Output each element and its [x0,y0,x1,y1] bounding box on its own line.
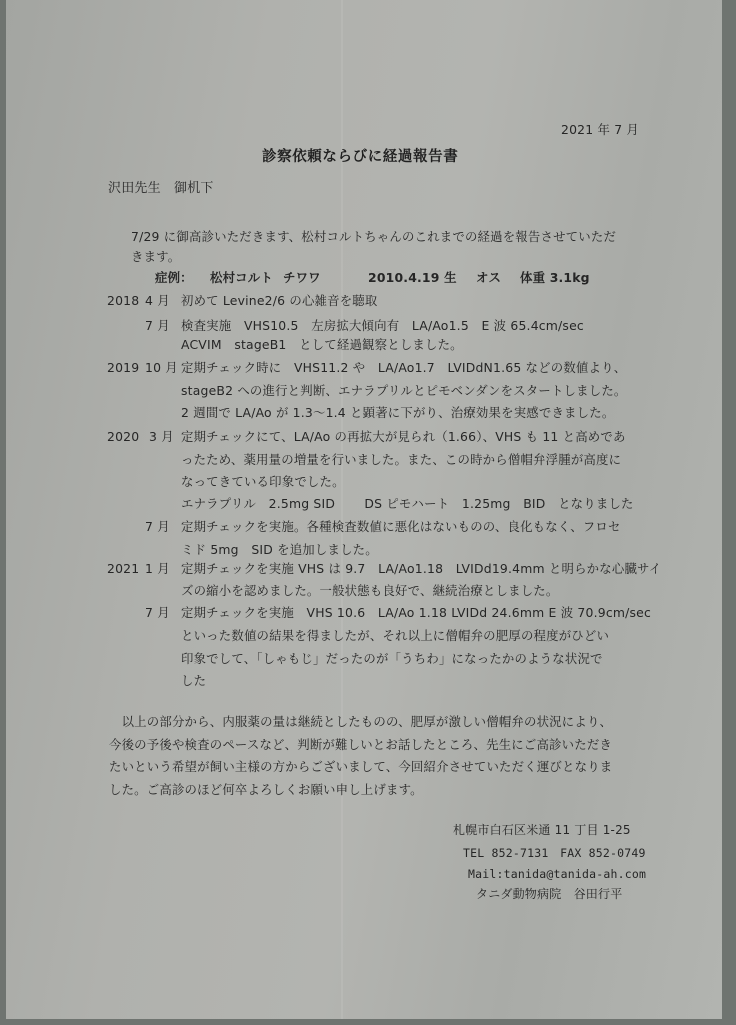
timeline-text: 印象でして、「しゃもじ」だったのが「うちわ」になったかのような状況で [181,651,603,667]
document-title: 診察依頼ならびに経過報告書 [262,149,458,165]
timeline-month: 10 月 [145,360,178,376]
closing-line: した。ご高診のほど何卒よろしくお願い申し上げます。 [109,782,423,798]
closing-line: 以上の部分から、内服薬の量は継続としたものの、肥厚が激しい僧帽弁の状況により、 [109,714,612,730]
timeline-text: ACVIM stageB1 として経過観察としました。 [181,337,463,353]
timeline-text: 定期チェックを実施 VHS は 9.7 LA/Ao1.18 LVIDd19.4m… [181,561,661,577]
timeline-month: 7 月 [145,318,170,334]
closing-line: 今後の予後や検査のペースなど、判断が難しいとお話したところ、先生にご高診いただき [109,737,612,753]
document-date: 2021 年 7 月 [561,122,639,138]
timeline-year: 2019 [107,360,139,376]
case-birth: 2010.4.19 生 [368,270,457,286]
timeline-text: 定期チェックを実施 VHS 10.6 LA/Ao 1.18 LVIDd 24.6… [181,605,651,621]
timeline-month: 7 月 [145,519,170,535]
case-label: 症例： [155,270,193,286]
timeline-month: 7 月 [145,605,170,621]
timeline-year: 2020 [107,429,139,445]
timeline-month: 3 月 [149,429,174,445]
timeline-text: 初めて Levine2/6 の心雑音を聴取 [181,293,377,309]
timeline-text: なってきている印象でした。 [181,474,345,490]
clinic-phone: TEL 852-7131 FAX 852-0749 [463,845,646,861]
timeline-month: 1 月 [145,561,170,577]
addressee: 沢田先生 御机下 [108,181,214,197]
timeline-text: した [181,673,206,689]
closing-line: たいという希望が飼い主様の方からございまして、今回紹介させていただく運びとなりま [109,759,612,775]
timeline-text: エナラプリル 2.5mg SID DS ピモハート 1.25mg BID となり… [181,496,634,512]
timeline-text: stageB2 への進行と判断、エナラプリルとピモベンダンをスタートしました。 [181,383,627,399]
timeline-year: 2021 [107,561,139,577]
timeline-text: 定期チェックを実施。各種検査数値に悪化はないものの、良化もなく、フロセ [181,519,621,535]
timeline-text: ミド 5mg SID を追加しました。 [181,542,378,558]
case-sex: オス [476,270,501,286]
timeline-text: 定期チェックにて、LA/Ao の再拡大が見られ（1.66）、VHS も 11 と… [181,429,626,445]
clinic-name: タニダ動物病院 谷田行平 [476,886,622,902]
timeline-text: といった数値の結果を得ましたが、それ以上に僧帽弁の肥厚の程度がひどい [181,628,609,644]
case-weight: 体重 3.1kg [520,270,590,286]
timeline-text: ったため、薬用量の増量を行いました。また、この時から僧帽弁浮腫が高度に [181,452,621,468]
timeline-month: 4 月 [145,293,170,309]
timeline-text: 2 週間で LA/Ao が 1.3～1.4 と顕著に下がり、治療効果を実感できま… [181,405,614,421]
timeline-text: 定期チェック時に VHS11.2 や LA/Ao1.7 LVIDdN1.65 な… [181,360,626,376]
timeline-year: 2018 [107,293,139,309]
case-breed: チワワ [283,270,321,286]
intro-line: 7/29 に御高診いただきます、松村コルトちゃんのこれまでの経過を報告させていた… [131,229,616,245]
clinic-email: Mail:tanida@tanida-ah.com [468,866,646,882]
case-name: 松村コルト [210,270,273,286]
clinic-address: 札幌市白石区米通 11 丁目 1-25 [453,822,631,838]
timeline-text: ズの縮小を認めました。一般状態も良好で、継続治療としました。 [181,583,558,599]
timeline-text: 検査実施 VHS10.5 左房拡大傾向有 LA/Ao1.5 E 波 65.4cm… [181,318,584,334]
intro-line: きます。 [131,249,180,265]
